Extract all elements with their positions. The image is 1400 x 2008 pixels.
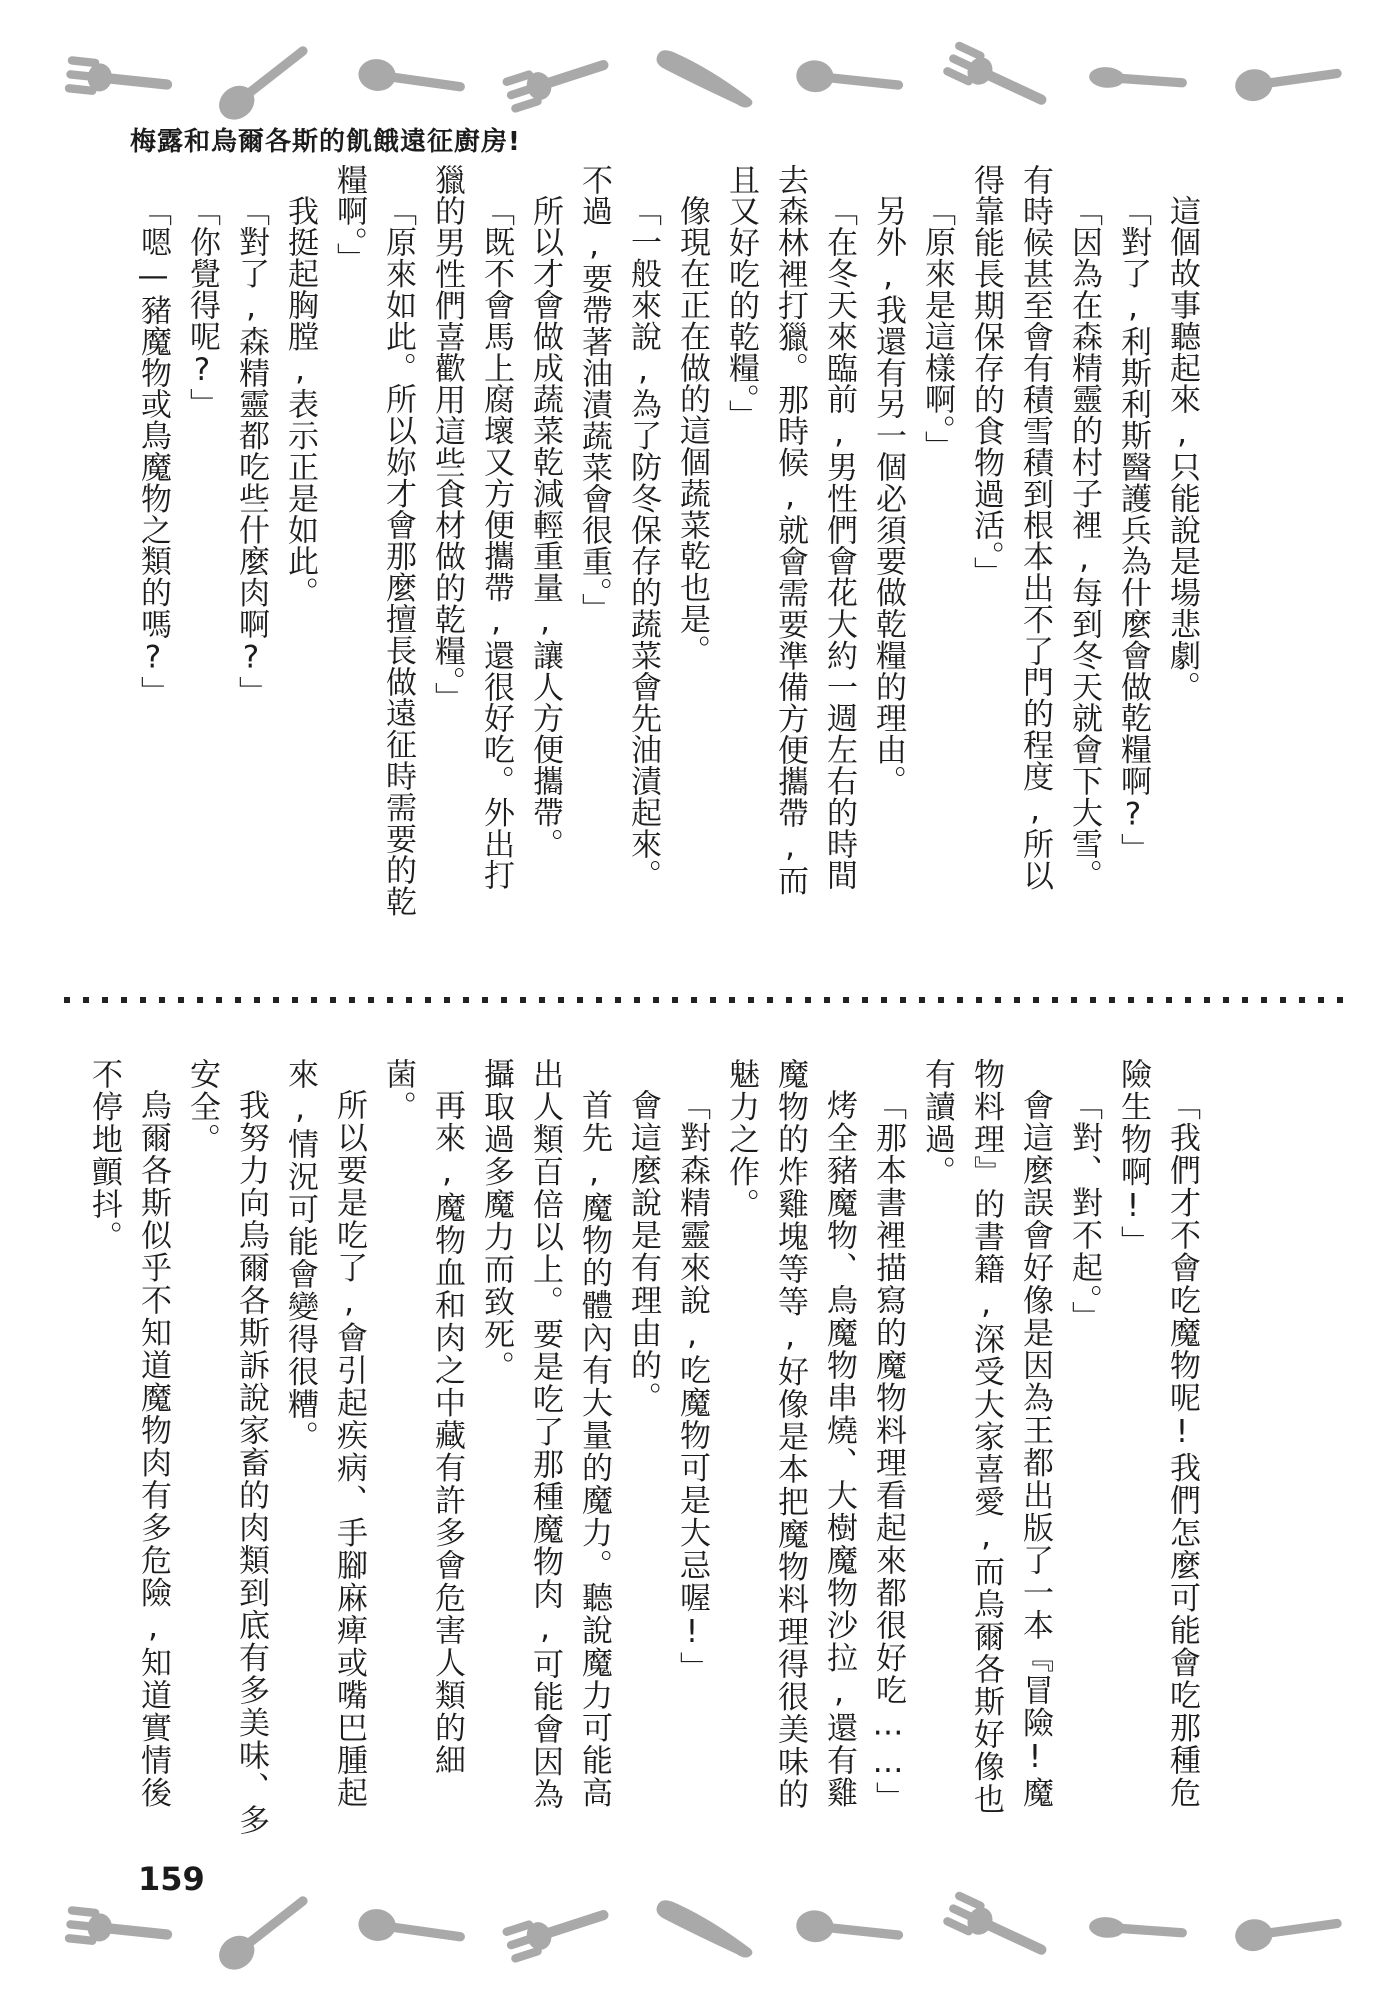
text-block-top: 這個故事聽起來,只能說是場悲劇。「對了,利斯利斯醫護兵為什麼會做乾糧啊?」「因為…: [120, 164, 1206, 920]
paragraph: 「一般來說,為了防冬保存的蔬菜會先油漬起來。不過,要帶著油漬蔬菜會很重。」: [569, 164, 667, 920]
fork-icon: [64, 57, 176, 105]
paragraph: 另外,我還有另一個必須要做乾糧的理由。: [863, 164, 912, 920]
spoon-icon: [357, 1907, 469, 1955]
paragraph: 我挺起胸膛,表示正是如此。: [275, 164, 324, 920]
spoon-icon: [1234, 57, 1346, 105]
top-cutlery-border: [64, 57, 1346, 105]
paragraph: 「對了,森精靈都吃些什麼肉啊?」: [226, 164, 275, 920]
paragraph: 像現在正在做的這個蔬菜乾也是。: [667, 164, 716, 920]
paragraph: 「對森精靈來說,吃魔物可是大忌喔!」: [667, 1058, 716, 1838]
fork-icon: [503, 57, 615, 105]
paragraph: 會這麼說是有理由的。: [618, 1058, 667, 1838]
book-page: 梅露和烏爾各斯的飢餓遠征廚房! 這個故事聽起來,只能說是場悲劇。「對了,利斯利斯…: [0, 0, 1400, 2008]
paragraph: 所以才會做成蔬菜乾減輕重量,讓人方便攜帶。: [520, 164, 569, 920]
paragraph: 「你覺得呢?」: [177, 164, 226, 920]
paragraph: 再來,魔物血和肉之中藏有許多會危害人類的細菌。: [373, 1058, 471, 1838]
bottom-cutlery-border: [64, 1907, 1346, 1955]
spoon-icon: [357, 57, 469, 105]
knife-icon: [649, 57, 761, 105]
paragraph: 「原來如此。所以妳才會那麼擅長做遠征時需要的乾糧啊。」: [324, 164, 422, 920]
spoon-icon: [210, 57, 322, 105]
paragraph: 「在冬天來臨前,男性們會花大約一週左右的時間去森林裡打獵。那時候,就會需要準備方…: [716, 164, 863, 920]
knife-icon: [649, 1907, 761, 1955]
paragraph: 首先,魔物的體內有大量的魔力。聽說魔力可能高出人類百倍以上。要是吃了那種魔物肉,…: [471, 1058, 618, 1838]
fork-icon: [942, 57, 1054, 105]
text-block-bottom: 「我們才不會吃魔物呢!我們怎麼可能會吃那種危險生物啊!」「對、對不起。」會這麼誤…: [120, 1058, 1206, 1838]
paragraph: 「我們才不會吃魔物呢!我們怎麼可能會吃那種危險生物啊!」: [1108, 1058, 1206, 1838]
paragraph: 我努力向烏爾各斯訴說家畜的肉類到底有多美味、多安全。: [177, 1058, 275, 1838]
spoon-small-icon: [1088, 1907, 1200, 1955]
paragraph: 「原來是這樣啊。」: [912, 164, 961, 920]
spoon-small-icon: [1088, 57, 1200, 105]
fork-icon: [64, 1907, 176, 1955]
paragraph: 「既不會馬上腐壞又方便攜帶,還很好吃。外出打獵的男性們喜歡用這些食材做的乾糧。」: [422, 164, 520, 920]
paragraph: 「對了,利斯利斯醫護兵為什麼會做乾糧啊?」: [1108, 164, 1157, 920]
section-divider: [64, 997, 1346, 1003]
paragraph: 「那本書裡描寫的魔物料理看起來都很好吃……」: [863, 1058, 912, 1838]
paragraph: 這個故事聽起來,只能說是場悲劇。: [1157, 164, 1206, 920]
paragraph: 「因為在森精靈的村子裡,每到冬天就會下大雪。有時候甚至會有積雪積到根本出不了門的…: [961, 164, 1108, 920]
paragraph: 所以要是吃了,會引起疾病、手腳麻痺或嘴巴腫起來,情況可能會變得很糟。: [275, 1058, 373, 1838]
chapter-header-title: 梅露和烏爾各斯的飢餓遠征廚房!: [130, 121, 521, 158]
fork-icon: [942, 1907, 1054, 1955]
fork-icon: [503, 1907, 615, 1955]
paragraph: 會這麼誤會好像是因為王都出版了一本『冒險!魔物料理』的書籍,深受大家喜愛,而烏爾…: [912, 1058, 1059, 1838]
page-number: 159: [138, 1860, 205, 1898]
spoon-icon: [795, 57, 907, 105]
spoon-icon: [795, 1907, 907, 1955]
paragraph: 「對、對不起。」: [1059, 1058, 1108, 1838]
paragraph: 烏爾各斯似乎不知道魔物肉有多危險,知道實情後不停地顫抖。: [79, 1058, 177, 1838]
paragraph: 烤全豬魔物、鳥魔物串燒、大樹魔物沙拉,還有雞魔物的炸雞塊等等,好像是本把魔物料理…: [716, 1058, 863, 1838]
spoon-icon: [1234, 1907, 1346, 1955]
spoon-icon: [210, 1907, 322, 1955]
paragraph: 「嗯—豬魔物或鳥魔物之類的嗎?」: [128, 164, 177, 920]
